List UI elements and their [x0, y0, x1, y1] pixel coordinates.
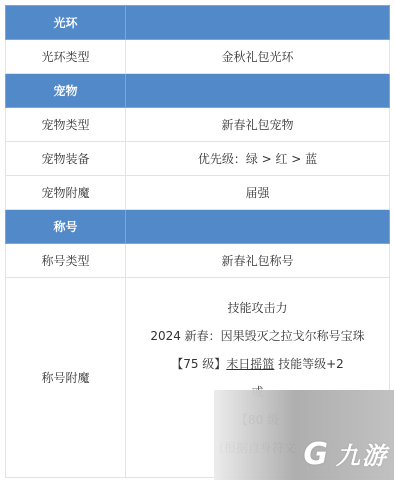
watermark-logo: G九游: [303, 436, 388, 472]
table-row: 称号类型 新春礼包称号: [6, 244, 390, 278]
enchant-line: 2024 新春：因果毁灭之拉戈尔称号宝珠: [150, 322, 364, 350]
row-value: 新春礼包宠物: [126, 108, 390, 142]
table-row: 宠物装备 优先级：绿 > 红 > 蓝: [6, 142, 390, 176]
row-label: 宠物类型: [6, 108, 126, 142]
section-header-blank: [126, 6, 390, 40]
enchant-line: 技能攻击力: [227, 294, 287, 322]
section-title: 光环: [6, 6, 126, 40]
level-prefix: 【75 级】: [171, 357, 226, 371]
row-label: 称号附魔: [6, 278, 126, 478]
section-header-blank: [126, 210, 390, 244]
row-value: 金秋礼包光环: [126, 40, 390, 74]
row-label: 称号类型: [6, 244, 126, 278]
section-header-title: 称号: [6, 210, 390, 244]
section-header-pet: 宠物: [6, 74, 390, 108]
jiuyou-logo-icon: G: [303, 437, 330, 472]
table-row: 光环类型 金秋礼包光环: [6, 40, 390, 74]
row-label: 宠物附魔: [6, 176, 126, 210]
section-title: 宠物: [6, 74, 126, 108]
enchant-line: 【75 级】末日摇篮 技能等级+2: [171, 350, 344, 378]
row-label: 光环类型: [6, 40, 126, 74]
card-link[interactable]: 末日摇篮: [226, 357, 274, 371]
section-header-blank: [126, 74, 390, 108]
section-title: 称号: [6, 210, 126, 244]
watermark-text: 九游: [336, 442, 388, 470]
row-value: 新春礼包称号: [126, 244, 390, 278]
watermark-overlay: G九游: [214, 390, 394, 480]
section-header-aura: 光环: [6, 6, 390, 40]
row-value: 届强: [126, 176, 390, 210]
table-row: 宠物类型 新春礼包宠物: [6, 108, 390, 142]
skill-bonus: 技能等级+2: [274, 357, 344, 371]
table-row: 宠物附魔 届强: [6, 176, 390, 210]
row-label: 宠物装备: [6, 142, 126, 176]
row-value: 优先级：绿 > 红 > 蓝: [126, 142, 390, 176]
